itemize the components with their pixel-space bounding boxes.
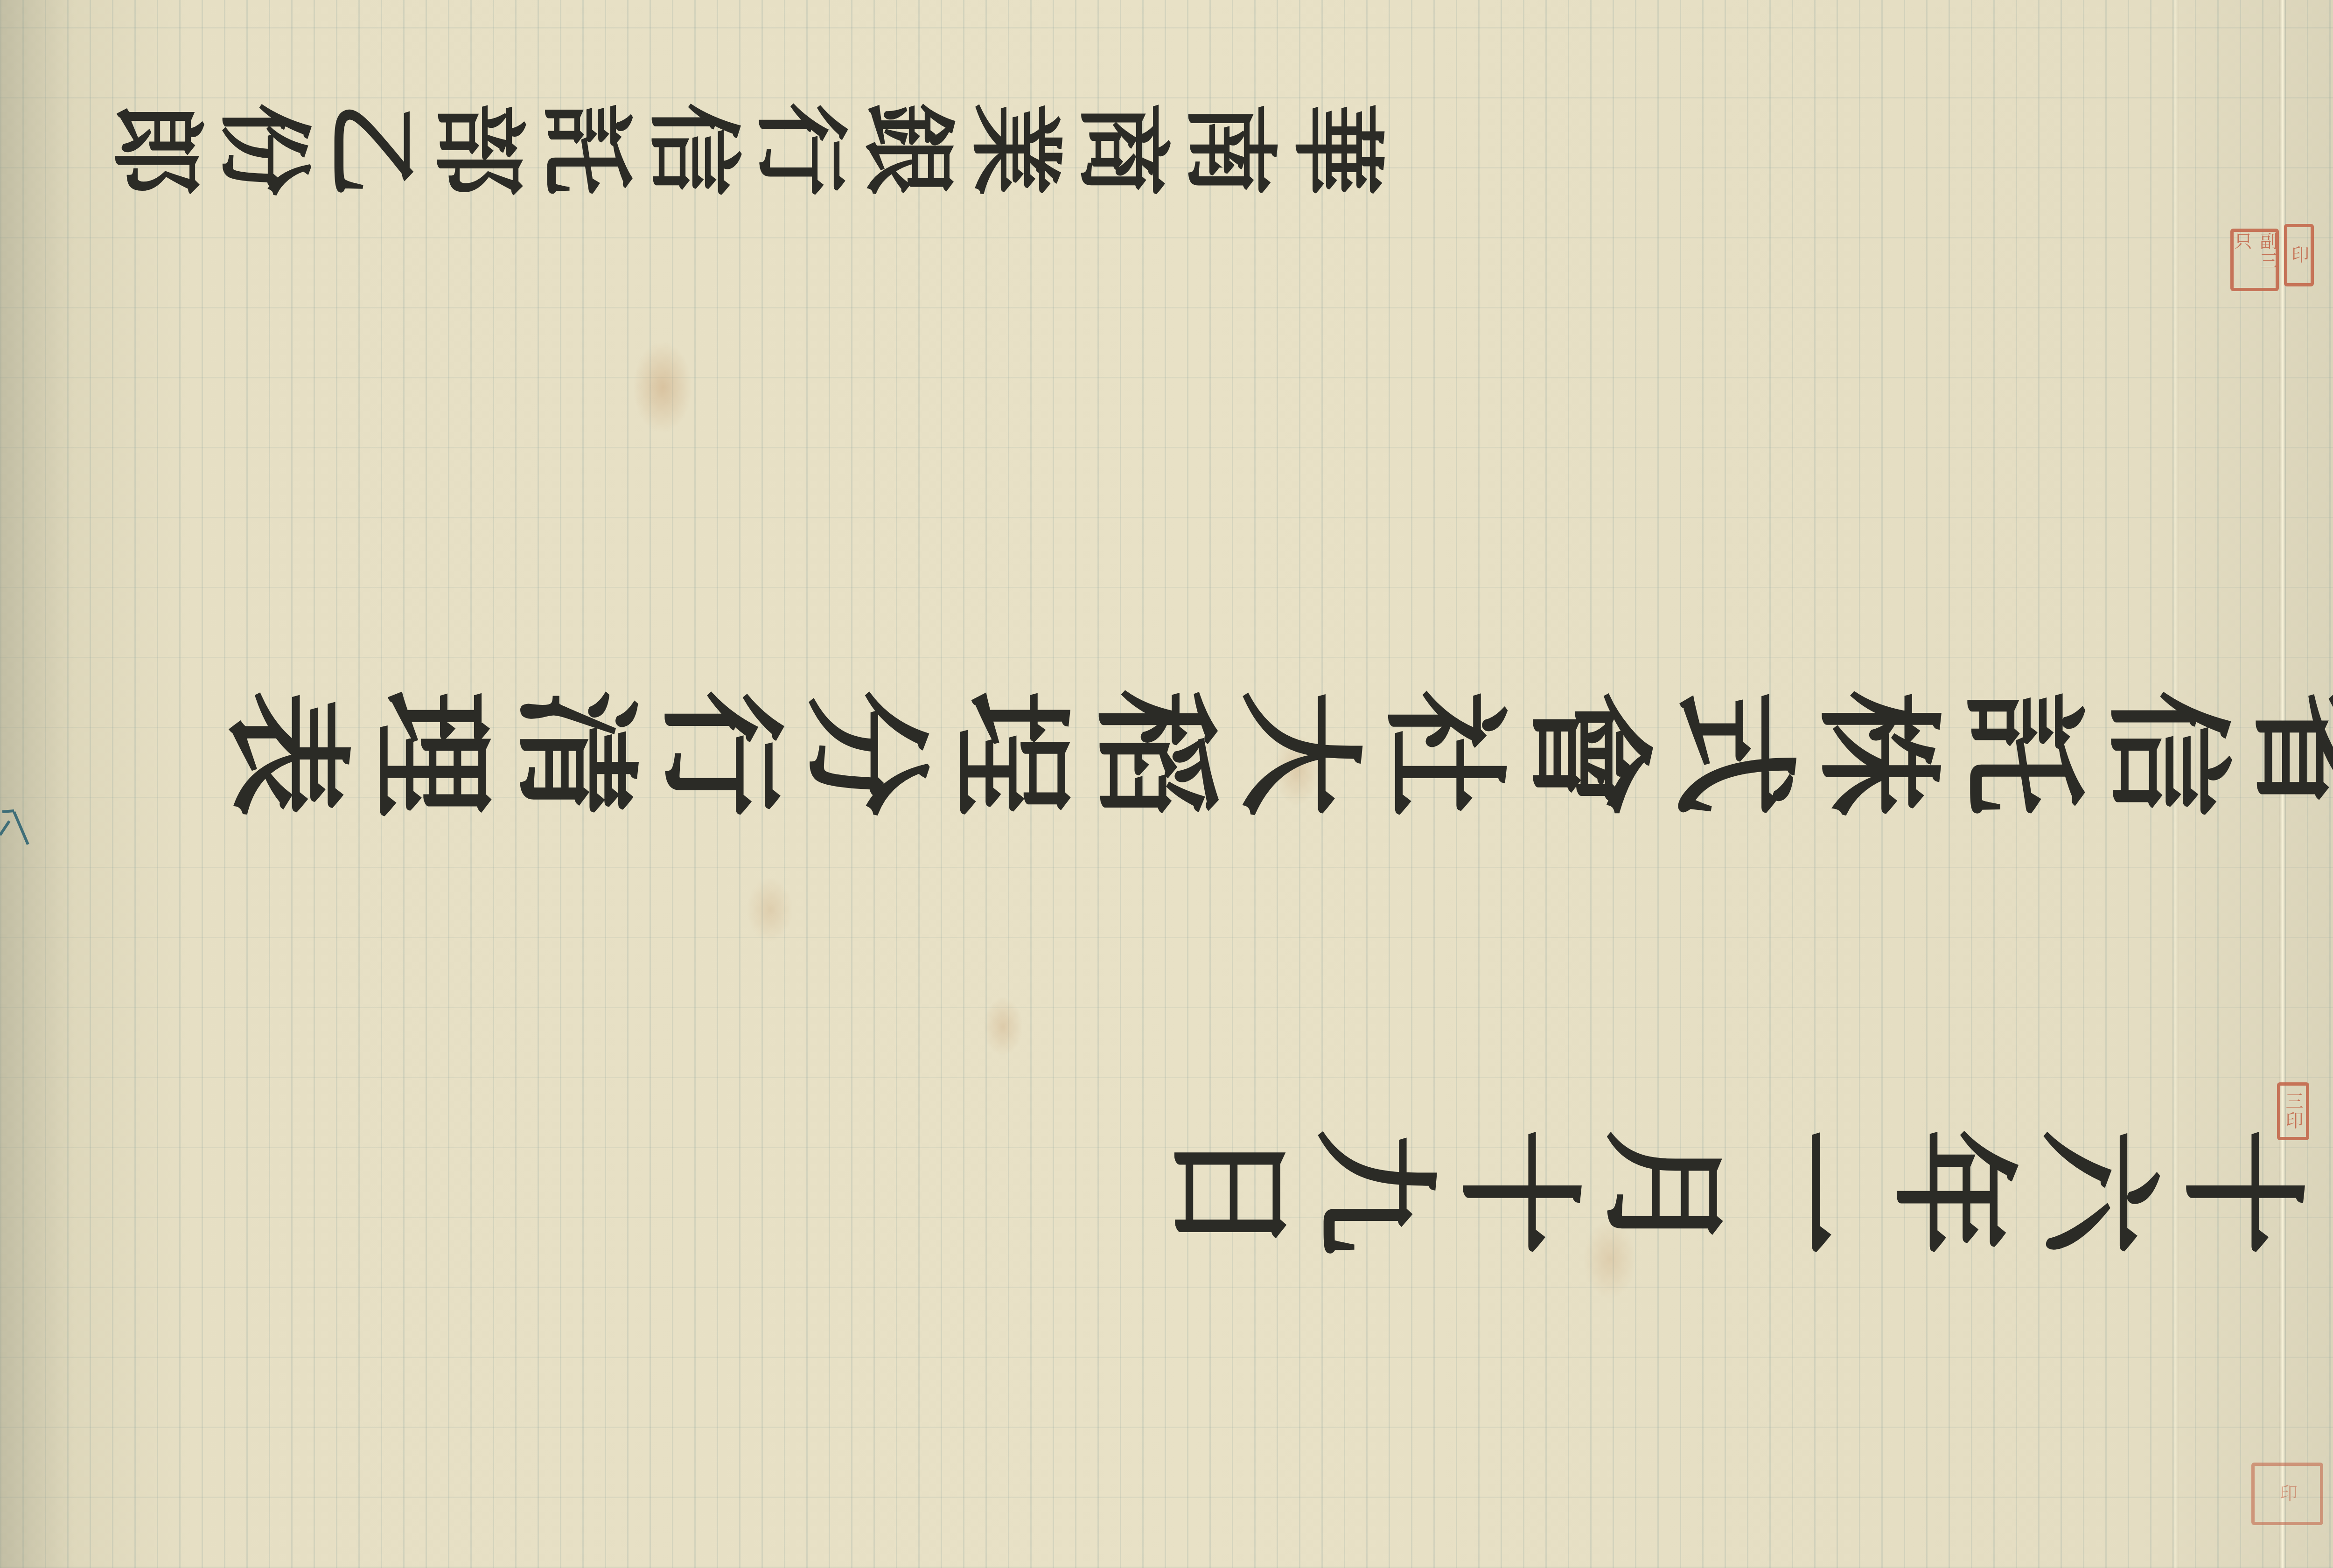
calligraphy-character: 業: [968, 96, 1062, 203]
calligraphy-character: 南: [1183, 96, 1276, 203]
calligraphy-character: 託: [539, 96, 632, 203]
calligraphy-character: 日: [1166, 1120, 1292, 1264]
margin-check-mark-icon: [0, 793, 33, 849]
calligraphy-character: 大: [1236, 681, 1362, 826]
calligraphy-character: 郎: [110, 96, 203, 203]
addressee-line: 華南商業銀行信託部乙份郎: [103, 103, 1390, 196]
calligraphy-character: 表: [224, 681, 350, 826]
seal-stamp-top-right: 印: [2284, 224, 2314, 286]
calligraphy-character: 株: [1815, 681, 1941, 826]
calligraphy-character: 九: [1311, 1120, 1437, 1264]
calligraphy-character: 行: [754, 96, 847, 203]
calligraphy-character: 六: [2034, 1120, 2160, 1264]
date-line: 民國三十六年一月十九日: [1157, 1129, 2333, 1255]
calligraphy-character: 會: [1526, 681, 1652, 826]
seal-stamp-bottom: 印: [2251, 1463, 2323, 1525]
left-edge-shadow: [0, 0, 75, 1568]
calligraphy-character: 年: [1890, 1120, 2016, 1264]
calligraphy-character: 部: [432, 96, 525, 203]
calligraphy-character: 三: [2324, 1120, 2333, 1264]
calligraphy-character: 分: [803, 681, 929, 826]
calligraphy-character: 份: [217, 96, 310, 203]
calligraphy-character: 稻: [1092, 681, 1218, 826]
calligraphy-character: 埕: [947, 681, 1073, 826]
seal-stamp-middle: 三印: [2277, 1082, 2309, 1140]
calligraphy-character: 十: [2179, 1120, 2305, 1264]
calligraphy-character: 銀: [861, 96, 954, 203]
calligraphy-character: 省: [2249, 681, 2333, 826]
calligraphy-character: 華: [1290, 96, 1383, 203]
calligraphy-character: 託: [1960, 681, 2086, 826]
calligraphy-character: 清: [513, 681, 639, 826]
calligraphy-character: 商: [1076, 96, 1169, 203]
calligraphy-character: 信: [2104, 681, 2230, 826]
calligraphy-character: 式: [1670, 681, 1796, 826]
calligraphy-character: 理: [369, 681, 495, 826]
calligraphy-character: 乙: [324, 96, 418, 203]
calligraphy-character: 社: [1381, 681, 1507, 826]
seal-stamp-top: 副三只: [2230, 229, 2279, 291]
calligraphy-character: 月: [1600, 1120, 1726, 1264]
calligraphy-character: 信: [646, 96, 740, 203]
calligraphy-character: 一: [1745, 1120, 1871, 1264]
calligraphy-character: 行: [658, 681, 784, 826]
title-line: 臺灣省信託株式會社大稻埕分行清理表: [215, 690, 2333, 816]
calligraphy-character: 十: [1456, 1120, 1582, 1264]
